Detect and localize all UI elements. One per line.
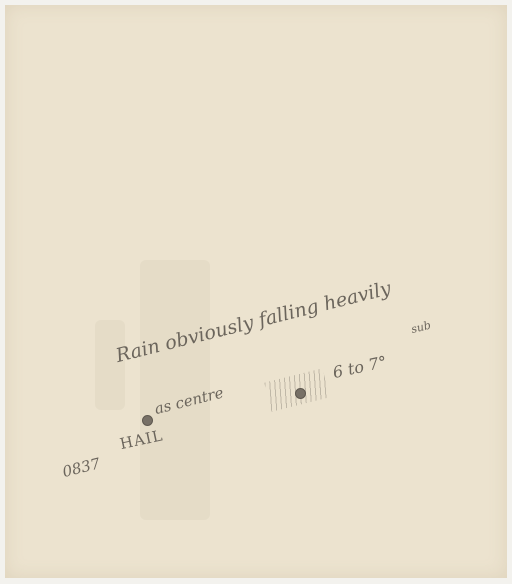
reference-number: 0837 [61,454,102,481]
note-line-1-tail: sub [410,319,432,336]
temperature-note: 6 to 7° [331,352,388,382]
hail-symbol-icon [295,388,306,399]
hail-symbol-icon [142,415,153,426]
paper-card: Rain obviously falling heavily sub as ce… [5,5,507,578]
